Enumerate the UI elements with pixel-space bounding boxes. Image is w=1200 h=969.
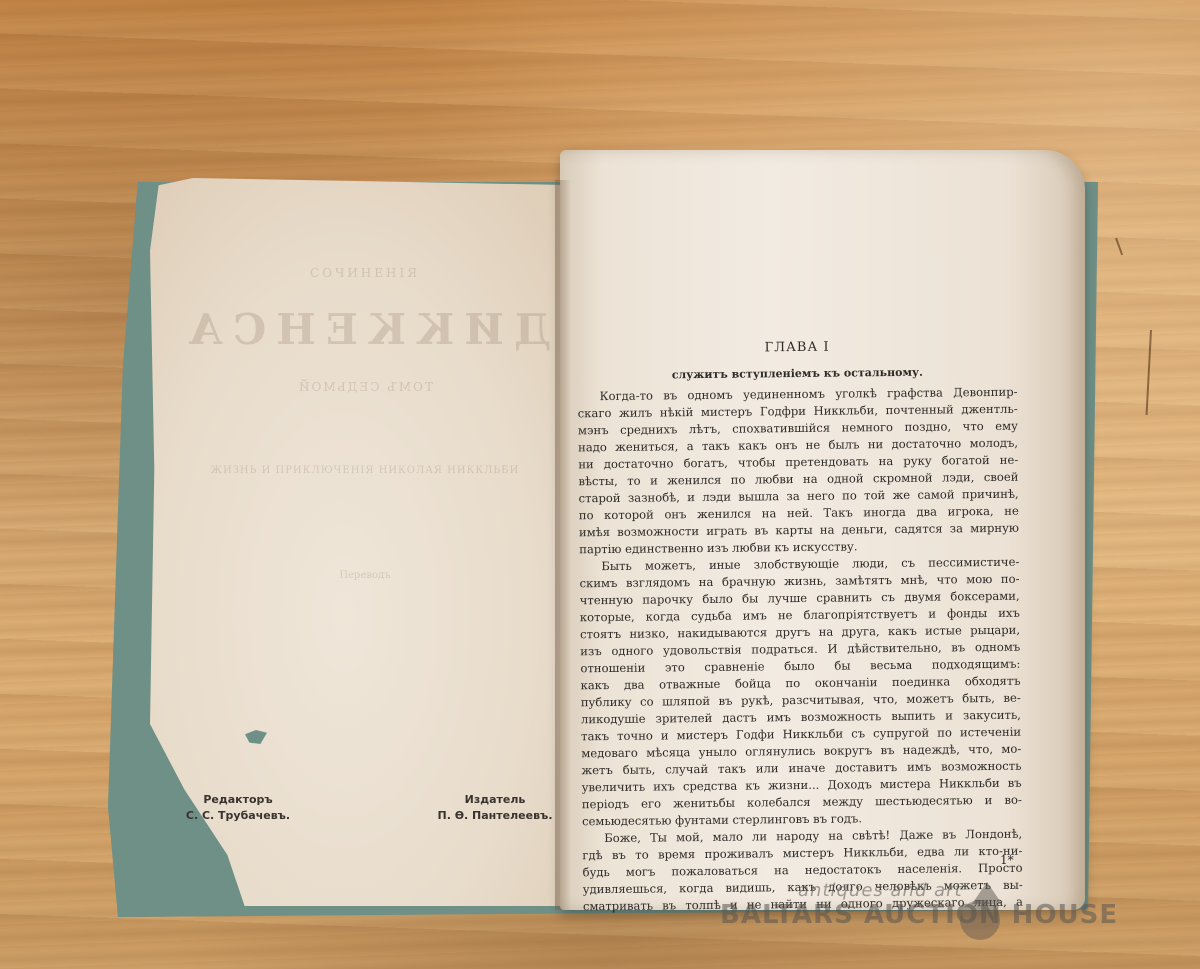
bleed-through-text: Переводъ <box>150 570 580 581</box>
chapter-title: ГЛАВА I <box>577 338 1017 358</box>
bleed-through-text: СОЧИНЕНІЯ <box>150 266 580 280</box>
book-gutter <box>555 180 571 910</box>
publisher-imprint: Издатель П. Ѳ. Пантелеевъ. <box>425 792 565 824</box>
bleed-through-title: ДИККЕНСА <box>150 305 580 354</box>
bleed-through-text: ЖИЗНЬ И ПРИКЛЮЧЕНІЯ НИКОЛАЯ НИККЛЬБИ <box>150 465 580 476</box>
chapter-text-block: ГЛАВА I служитъ вступленіемъ къ остально… <box>577 338 1023 916</box>
publisher-label: Издатель <box>425 792 565 808</box>
editor-name: С. С. Трубачевъ. <box>168 808 308 824</box>
signature-mark: 1* <box>1000 853 1014 867</box>
chapter-subtitle: служитъ вступленіемъ къ остальному. <box>577 365 1017 383</box>
text-line: сматривать въ толпѣ и не найти ни одного… <box>583 894 1023 916</box>
open-book: СОЧИНЕНІЯ ДИККЕНСА ТОМЪ СЕДЬМОЙ ЖИЗНЬ И … <box>0 0 1200 969</box>
editor-imprint: Редакторъ С. С. Трубачевъ. <box>168 792 308 824</box>
editor-label: Редакторъ <box>168 792 308 808</box>
chapter-body: Когда-то въ одномъ уединенномъ уголкѣ гр… <box>577 384 1022 916</box>
bleed-through-text: ТОМЪ СЕДЬМОЙ <box>150 380 580 394</box>
publisher-name: П. Ѳ. Пантелеевъ. <box>425 808 565 824</box>
